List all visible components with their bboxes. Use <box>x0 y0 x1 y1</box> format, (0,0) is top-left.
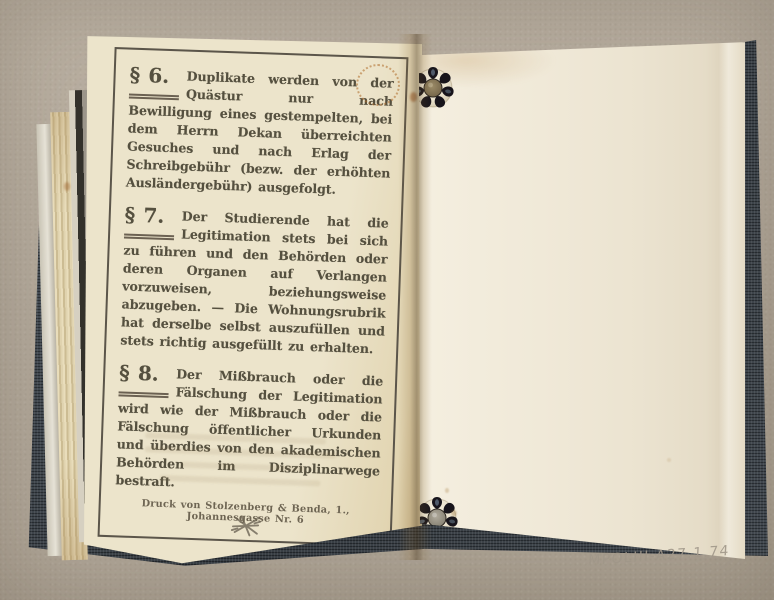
foxing-spot <box>451 510 457 516</box>
ink-bleedthrough <box>143 432 351 495</box>
section-marker: § 6. <box>129 66 180 101</box>
photograph-open-booklet: § 6.Duplikate werden von der Quästur nur… <box>0 0 774 600</box>
bleed-line <box>160 475 321 487</box>
right-page <box>417 40 745 560</box>
bleed-line <box>181 462 305 472</box>
rust-stain <box>64 182 70 191</box>
gutter-shadow <box>398 34 432 560</box>
bleed-line <box>145 446 337 459</box>
printed-border-frame: § 6.Duplikate werden von der Quästur nur… <box>98 47 409 547</box>
section-marker: § 8. <box>118 363 169 398</box>
page-text-block: § 6.Duplikate werden von der Quästur nur… <box>100 49 407 545</box>
paragraph-section-6: § 6.Duplikate werden von der Quästur nur… <box>126 66 394 201</box>
left-page: § 6.Duplikate werden von der Quästur nur… <box>84 28 422 566</box>
section-marker: § 7. <box>124 205 175 240</box>
paragraph-section-7: § 7.Der Studierende hat die Legitimation… <box>120 205 389 358</box>
foxing-spot <box>445 488 449 493</box>
foxing-spot <box>667 458 671 462</box>
rust-ring-stain <box>356 64 400 106</box>
